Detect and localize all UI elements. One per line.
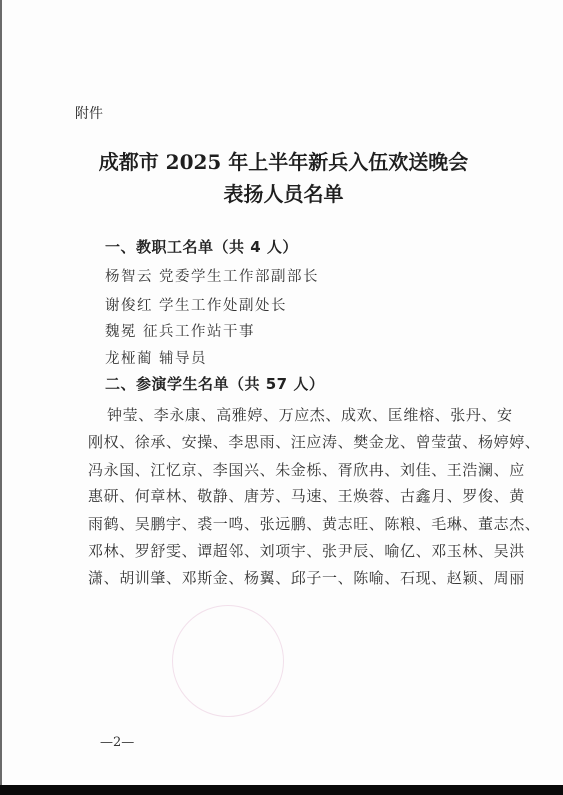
student-names-line: 钟莹、李永康、高雅婷、万应杰、成欢、匡维榕、张丹、安 <box>107 404 552 425</box>
staff-name: 魏冕 <box>105 324 137 340</box>
document-title-line2: 表扬人员名单 <box>2 178 563 207</box>
document-title-line1: 成都市 2025 年上半年新兵入伍欢送晚会 <box>2 146 563 175</box>
page-number: —2— <box>100 735 134 750</box>
staff-entry: 谢俊红学生工作处副处长 <box>105 294 287 315</box>
student-names-line: 惠研、何章林、敬静、唐芳、马速、王焕蓉、古鑫月、罗俊、黄 <box>88 485 533 506</box>
staff-name: 龙桠蔺 <box>105 351 153 367</box>
staff-position: 学生工作处副处长 <box>159 298 287 314</box>
faded-seal-stamp <box>172 605 284 717</box>
student-names-line: 邓林、罗舒雯、谭超邻、刘项宇、张尹辰、喻亿、邓玉林、吴洪 <box>88 540 533 561</box>
section-heading-students: 二、参演学生名单（共 57 人） <box>105 373 324 394</box>
student-names-line: 潇、胡训肇、邓斯金、杨翼、邱子一、陈喻、石现、赵颖、周丽 <box>88 567 533 588</box>
staff-entry: 杨智云党委学生工作部副部长 <box>105 265 319 286</box>
scan-bottom-edge <box>0 785 563 795</box>
student-names-line: 冯永国、江忆京、李国兴、朱金栎、胥欣冉、刘佳、王浩澜、应 <box>88 459 533 480</box>
attachment-label: 附件 <box>75 103 103 123</box>
student-names-line: 刚权、徐承、安操、李思雨、汪应涛、樊金龙、曾莹萤、杨婷婷、 <box>88 431 533 452</box>
staff-name: 谢俊红 <box>105 298 153 314</box>
staff-position: 辅导员 <box>159 351 207 367</box>
staff-entry: 龙桠蔺辅导员 <box>105 347 207 368</box>
document-page: 附件 成都市 2025 年上半年新兵入伍欢送晚会 表扬人员名单 一、教职工名单（… <box>0 0 563 785</box>
student-names-line: 雨鹤、吴鹏宇、裘一鸣、张远鹏、黄志旺、陈粮、毛琳、董志杰、 <box>88 513 533 534</box>
section-heading-staff: 一、教职工名单（共 4 人） <box>105 236 298 257</box>
staff-position: 党委学生工作部副部长 <box>159 269 319 285</box>
staff-entry: 魏冕征兵工作站干事 <box>105 320 255 341</box>
staff-position: 征兵工作站干事 <box>143 324 255 340</box>
staff-name: 杨智云 <box>105 269 153 285</box>
